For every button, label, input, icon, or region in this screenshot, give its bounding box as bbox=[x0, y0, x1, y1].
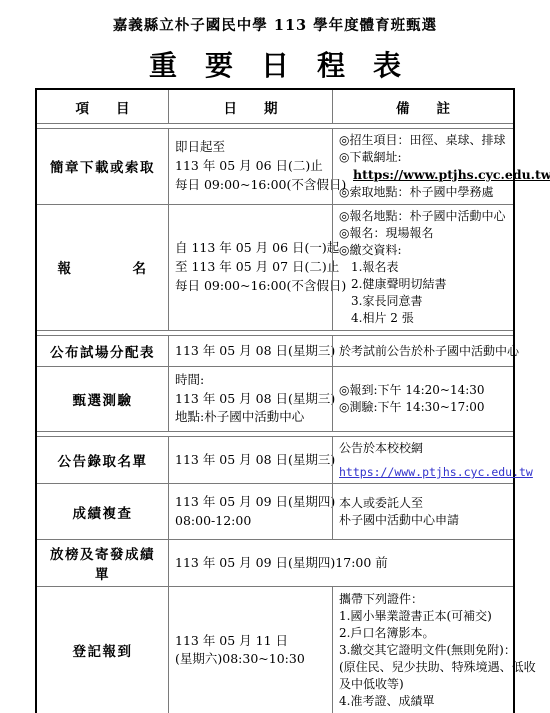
date-cell: 113 年 05 月 08 日(星期三) bbox=[168, 437, 332, 483]
note-line: 於考試前公告於朴子國中活動中心 bbox=[339, 343, 507, 360]
schedule-table: 項 目 日 期 備 註 簡章下載或索取 即日起至 113 年 05 月 06 日… bbox=[35, 88, 515, 713]
note-line: 4.相片 2 張 bbox=[339, 310, 507, 327]
note-line: ◎報名：現場報名 bbox=[339, 225, 507, 242]
date-line: (星期六)08:30~10:30 bbox=[175, 650, 326, 669]
note-line: 1.報名表 bbox=[339, 259, 507, 276]
date-cell: 113 年 05 月 08 日(星期三) bbox=[168, 336, 332, 366]
note-line: 3.繳交其它證明文件(無則免附)： bbox=[339, 642, 507, 659]
note-line: 4.准考證、成績單 bbox=[339, 693, 507, 710]
note-cell: 攜帶下列證件： 1.國小畢業證書正本(可補交) 2.戶口名簿影本。 3.繳交其它… bbox=[332, 587, 513, 713]
table-row: 登記報到 113 年 05 月 11 日 (星期六)08:30~10:30 攜帶… bbox=[37, 586, 513, 713]
note-line: 及中低收等) bbox=[339, 676, 507, 693]
note-line: 本人或委託人至 bbox=[339, 495, 507, 512]
note-cell: 本人或委託人至 朴子國中活動中心申請 bbox=[332, 484, 513, 539]
table-row: 簡章下載或索取 即日起至 113 年 05 月 06 日(二)止 每日 09:0… bbox=[37, 129, 513, 204]
date-line: 地點:朴子國中活動中心 bbox=[175, 408, 326, 427]
note-line: ◎繳交資料: bbox=[339, 242, 507, 259]
note-line: 公告於本校校網 bbox=[339, 440, 507, 457]
note-line: ◎下載網址: bbox=[339, 149, 507, 166]
date-line: 08:00-12:00 bbox=[175, 512, 326, 531]
note-line: 2.健康聲明切結書 bbox=[339, 276, 507, 293]
note-line: 3.家長同意書 bbox=[339, 293, 507, 310]
note-line: ◎報到:下午 14:20~14:30 bbox=[339, 382, 507, 399]
note-cell: ◎報名地點：朴子國中活動中心 ◎報名：現場報名 ◎繳交資料: 1.報名表 2.健… bbox=[332, 205, 513, 330]
date-line: 每日 09:00~16:00(不含假日) bbox=[175, 277, 326, 296]
date-line: 113 年 05 月 09 日(星期四)17:00 前 bbox=[175, 554, 507, 573]
page-title: 嘉義縣立朴子國民中學 113 學年度體育班甄選 bbox=[0, 0, 550, 35]
note-line: ◎招生項目：田徑、桌球、排球 bbox=[339, 132, 507, 149]
download-url-link[interactable]: https://www.ptjhs.cyc.edu.tw bbox=[353, 166, 507, 184]
date-line: 113 年 05 月 11 日 bbox=[175, 632, 326, 651]
table-row: 放榜及寄發成績單 113 年 05 月 09 日(星期四)17:00 前 bbox=[37, 539, 513, 586]
header-cell-note: 備 註 bbox=[332, 90, 513, 123]
header-cell-date: 日 期 bbox=[168, 90, 332, 123]
item-cell: 成績複查 bbox=[37, 484, 168, 539]
item-cell: 公布試場分配表 bbox=[37, 336, 168, 366]
note-cell: ◎招生項目：田徑、桌球、排球 ◎下載網址: https://www.ptjhs.… bbox=[332, 129, 513, 204]
date-line: 113 年 05 月 08 日(星期三) bbox=[175, 390, 326, 409]
table-row: 甄選測驗 時間: 113 年 05 月 08 日(星期三) 地點:朴子國中活動中… bbox=[37, 366, 513, 431]
date-line: 時間: bbox=[175, 371, 326, 390]
table-row: 公告錄取名單 113 年 05 月 08 日(星期三) 公告於本校校網 http… bbox=[37, 437, 513, 483]
table-section-exam: 公布試場分配表 113 年 05 月 08 日(星期三) 於考試前公告於朴子國中… bbox=[37, 335, 513, 432]
item-cell: 簡章下載或索取 bbox=[37, 129, 168, 204]
note-line: (原住民、兒少扶助、特殊境遇、低收 bbox=[339, 659, 507, 676]
table-row: 成績複查 113 年 05 月 09 日(星期四) 08:00-12:00 本人… bbox=[37, 483, 513, 539]
note-line: 攜帶下列證件： bbox=[339, 591, 507, 608]
table-row: 公布試場分配表 113 年 05 月 08 日(星期三) 於考試前公告於朴子國中… bbox=[37, 336, 513, 366]
note-cell: 公告於本校校網 https://www.ptjhs.cyc.edu.tw bbox=[332, 437, 513, 483]
note-line: ◎索取地點：朴子國中學務處 bbox=[339, 184, 507, 201]
table-row: 報 名 自 113 年 05 月 06 日(一)起 至 113 年 05 月 0… bbox=[37, 204, 513, 330]
date-line: 至 113 年 05 月 07 日(二)止 bbox=[175, 258, 326, 277]
school-website-link[interactable]: https://www.ptjhs.cyc.edu.tw bbox=[339, 464, 507, 480]
date-cell: 時間: 113 年 05 月 08 日(星期三) 地點:朴子國中活動中心 bbox=[168, 367, 332, 431]
note-line: 朴子國中活動中心申請 bbox=[339, 512, 507, 529]
note-line: ◎報名地點：朴子國中活動中心 bbox=[339, 208, 507, 225]
page-subtitle: 重 要 日 程 表 bbox=[0, 44, 550, 84]
date-cell: 113 年 05 月 11 日 (星期六)08:30~10:30 bbox=[168, 587, 332, 713]
header-cell-item: 項 目 bbox=[37, 90, 168, 123]
header-row: 項 目 日 期 備 註 bbox=[37, 90, 513, 123]
note-line: 2.戶口名簿影本。 bbox=[339, 625, 507, 642]
date-line: 每日 09:00~16:00(不含假日) bbox=[175, 176, 326, 195]
item-cell: 放榜及寄發成績單 bbox=[37, 540, 168, 586]
date-cell-merged: 113 年 05 月 09 日(星期四)17:00 前 bbox=[168, 540, 513, 586]
note-line: ◎測驗:下午 14:30~17:00 bbox=[339, 399, 507, 416]
date-cell: 即日起至 113 年 05 月 06 日(二)止 每日 09:00~16:00(… bbox=[168, 129, 332, 204]
note-cell: ◎報到:下午 14:20~14:30 ◎測驗:下午 14:30~17:00 bbox=[332, 367, 513, 431]
item-cell: 甄選測驗 bbox=[37, 367, 168, 431]
table-section-download-signup: 簡章下載或索取 即日起至 113 年 05 月 06 日(二)止 每日 09:0… bbox=[37, 128, 513, 331]
date-line: 113 年 05 月 08 日(星期三) bbox=[175, 451, 326, 470]
date-line: 113 年 05 月 09 日(星期四) bbox=[175, 493, 326, 512]
item-cell: 公告錄取名單 bbox=[37, 437, 168, 483]
date-line: 113 年 05 月 08 日(星期三) bbox=[175, 342, 326, 361]
date-cell: 113 年 05 月 09 日(星期四) 08:00-12:00 bbox=[168, 484, 332, 539]
table-section-results: 公告錄取名單 113 年 05 月 08 日(星期三) 公告於本校校網 http… bbox=[37, 436, 513, 713]
date-cell: 自 113 年 05 月 06 日(一)起 至 113 年 05 月 07 日(… bbox=[168, 205, 332, 330]
item-cell: 報 名 bbox=[37, 205, 168, 330]
date-line: 即日起至 bbox=[175, 138, 326, 157]
item-cell: 登記報到 bbox=[37, 587, 168, 713]
date-line: 113 年 05 月 06 日(二)止 bbox=[175, 157, 326, 176]
date-line: 自 113 年 05 月 06 日(一)起 bbox=[175, 239, 326, 258]
note-line: 1.國小畢業證書正本(可補交) bbox=[339, 608, 507, 625]
table-header-section: 項 目 日 期 備 註 bbox=[37, 90, 513, 124]
note-cell: 於考試前公告於朴子國中活動中心 bbox=[332, 336, 513, 366]
